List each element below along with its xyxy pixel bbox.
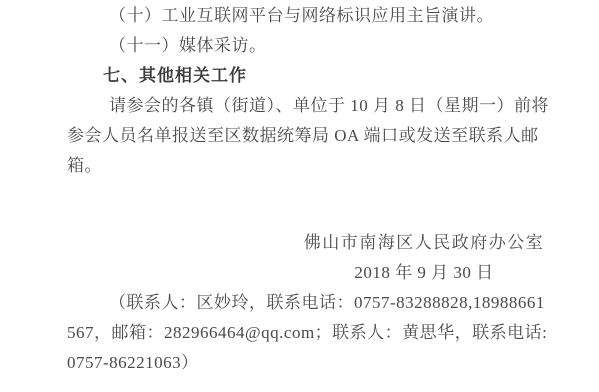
notice-line-3: 箱。 <box>67 151 559 181</box>
contact-line-1: （联系人：区妙玲，联系电话：0757-83288828,18988661 <box>67 288 559 318</box>
agenda-item-11: （十一）媒体采访。 <box>67 31 559 61</box>
contact-line-3: 0757-86221063） <box>67 348 559 378</box>
contact-line-2: 567，邮箱：282966464@qq.com；联系人：黄思华，联系电话: <box>67 318 559 348</box>
notice-line-2: 参会人员名单报送至区数据统筹局 OA 端口或发送至联系人邮 <box>67 121 559 151</box>
section-heading: 七、其他相关工作 <box>67 61 559 91</box>
closing-block: 佛山市南海区人民政府办公室 2018 年 9 月 30 日 <box>301 228 547 288</box>
document-body: （十）工业互联网平台与网络标识应用主旨演讲。 （十一）媒体采访。 七、其他相关工… <box>67 0 559 378</box>
closing-spacer <box>67 181 559 228</box>
document-page: （十）工业互联网平台与网络标识应用主旨演讲。 （十一）媒体采访。 七、其他相关工… <box>0 0 599 392</box>
agenda-item-10: （十）工业互联网平台与网络标识应用主旨演讲。 <box>67 1 559 31</box>
notice-line-1: 请参会的各镇（街道）、单位于 10 月 8 日（星期一）前将 <box>67 91 559 121</box>
contact-info: （联系人：区妙玲，联系电话：0757-83288828,18988661 567… <box>67 288 559 378</box>
issue-date: 2018 年 9 月 30 日 <box>301 258 547 288</box>
notice-paragraph: 请参会的各镇（街道）、单位于 10 月 8 日（星期一）前将 参会人员名单报送至… <box>67 91 559 181</box>
issuer-signature: 佛山市南海区人民政府办公室 <box>301 228 547 258</box>
